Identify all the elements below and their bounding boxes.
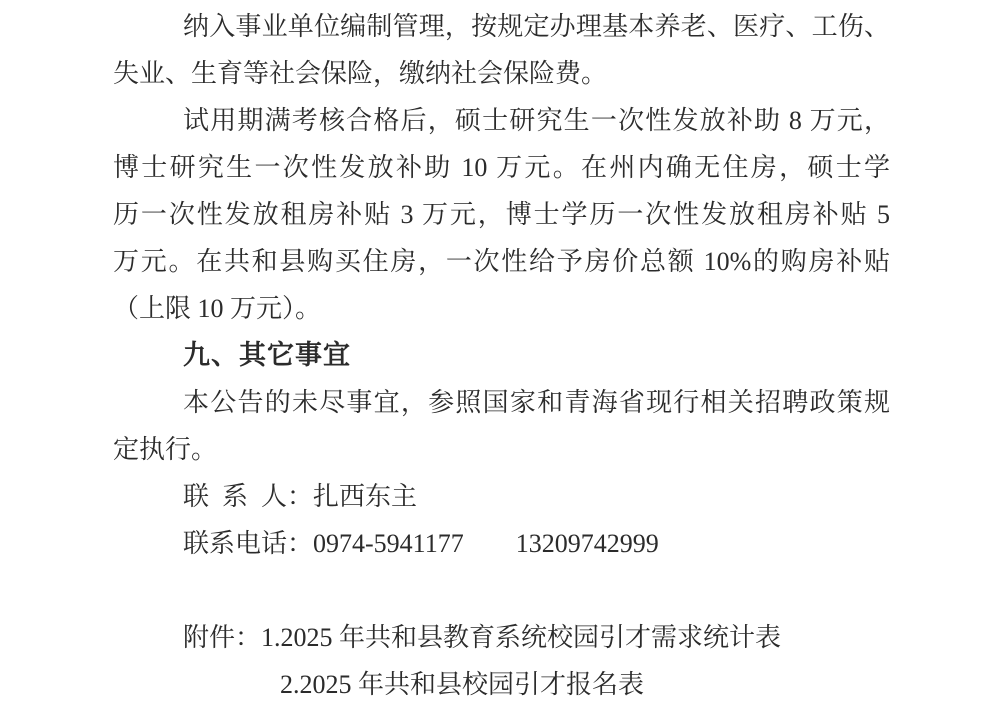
section-heading-other-matters: 九、其它事宜 xyxy=(113,332,890,379)
para-subsidy-line-2: 博士研究生一次性发放补助 10 万元。在州内确无住房，硕士学 xyxy=(113,144,890,191)
attachment-line-1: 附件：1.2025 年共和县教育系统校园引才需求统计表 xyxy=(113,614,890,661)
attachment-line-2: 2.2025 年共和县校园引才报名表 xyxy=(113,661,890,708)
para-subsidy-line-3: 历一次性发放租房补贴 3 万元，博士学历一次性发放租房补贴 5 xyxy=(113,191,890,238)
para-other-line-1: 本公告的未尽事宜，参照国家和青海省现行相关招聘政策规 xyxy=(113,379,890,426)
para-subsidy-line-1: 试用期满考核合格后，硕士研究生一次性发放补助 8 万元， xyxy=(113,97,890,144)
para-other-line-2: 定执行。 xyxy=(113,426,890,473)
document-page: 纳入事业单位编制管理，按规定办理基本养老、医疗、工伤、 失业、生育等社会保险，缴… xyxy=(0,0,1000,715)
para-insurance-line-1: 纳入事业单位编制管理，按规定办理基本养老、医疗、工伤、 xyxy=(113,3,890,50)
para-insurance-line-2: 失业、生育等社会保险，缴纳社会保险费。 xyxy=(113,50,890,97)
contact-person-line: 联 系 人：扎西东主 xyxy=(113,473,890,520)
contact-phone-line: 联系电话：0974-5941177 13209742999 xyxy=(113,520,890,567)
blank-line xyxy=(113,567,890,614)
para-subsidy-line-4: 万元。在共和县购买住房，一次性给予房价总额 10%的购房补贴 xyxy=(113,238,890,285)
para-subsidy-line-5: （上限 10 万元）。 xyxy=(113,285,890,332)
